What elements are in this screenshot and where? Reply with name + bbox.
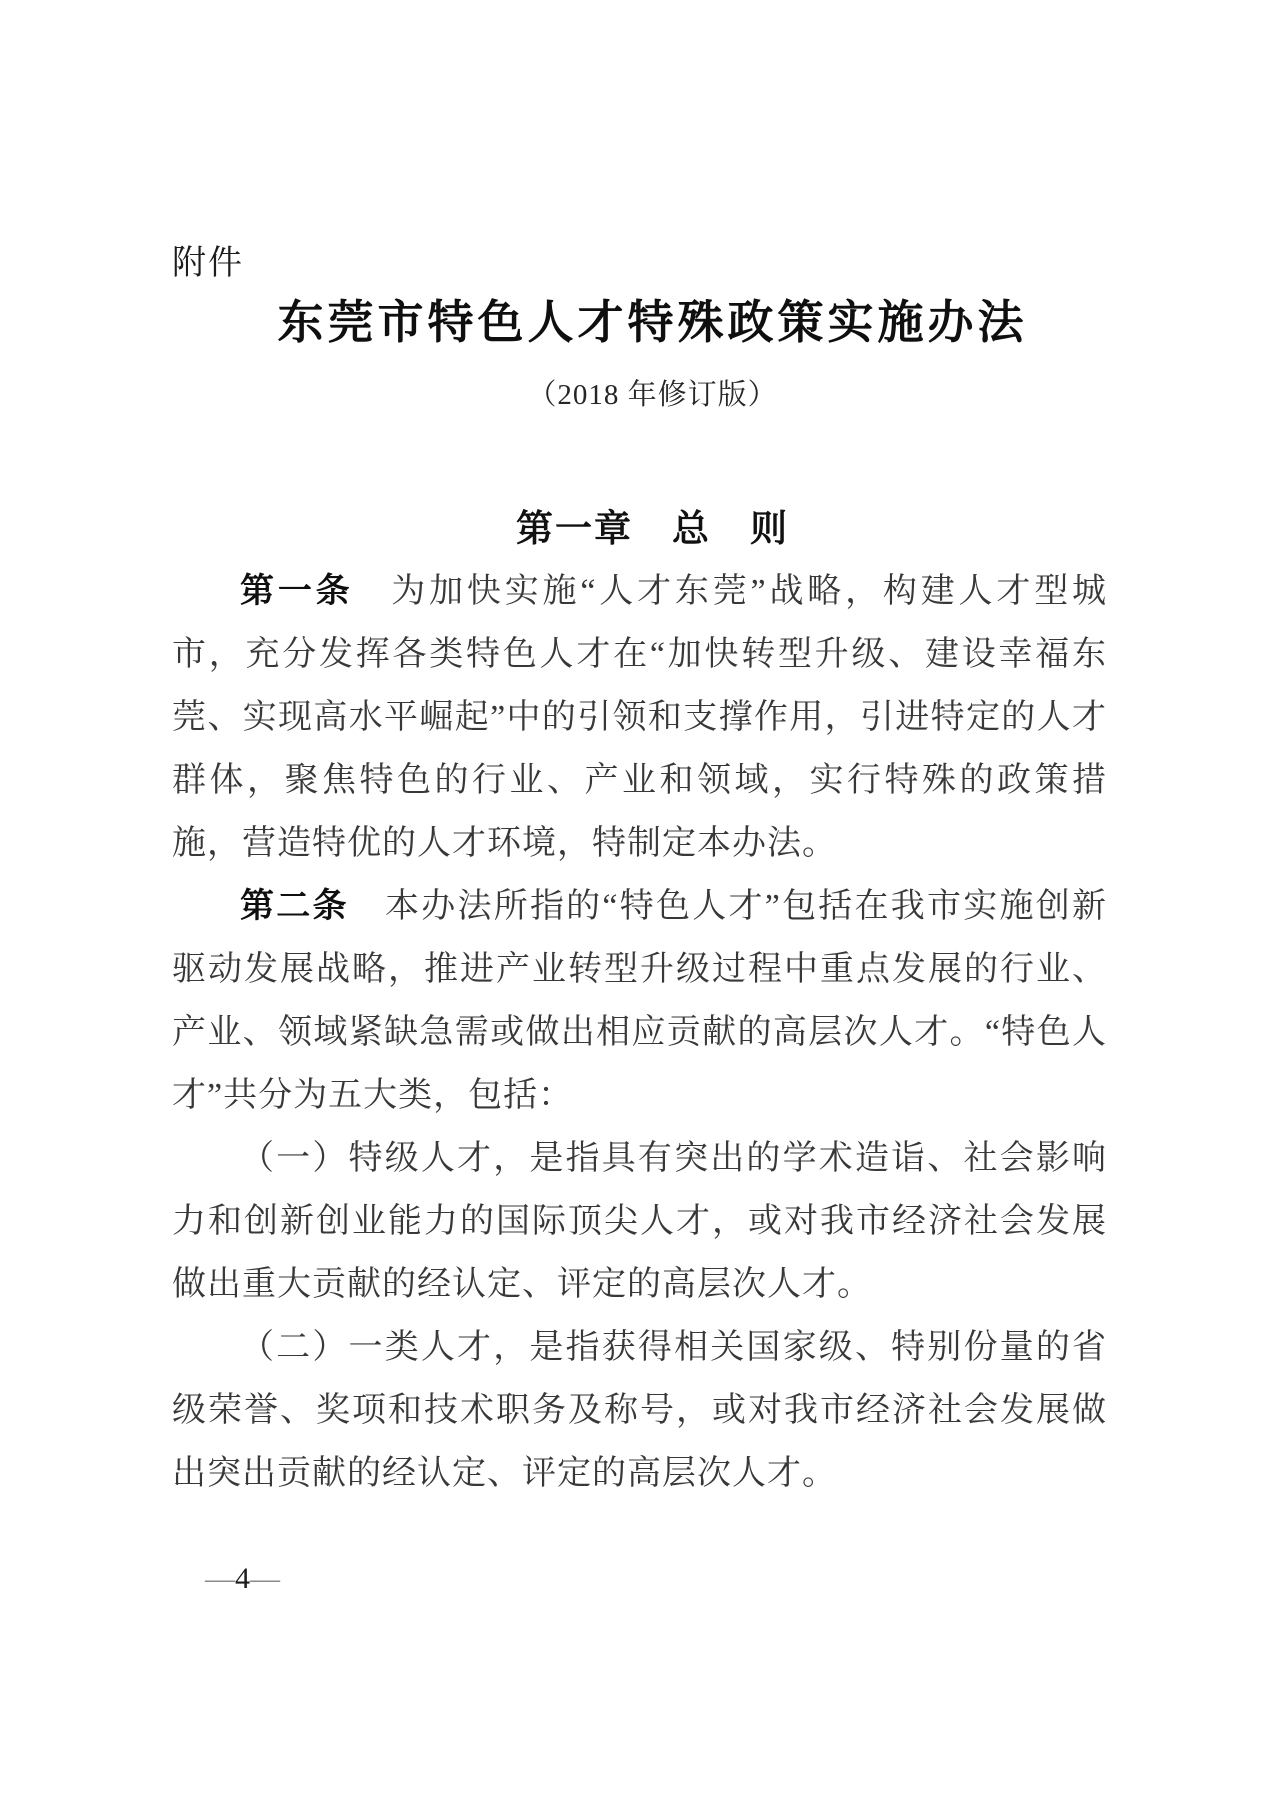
paragraph: （一）特级人才，是指具有突出的学术造诣、社会影响力和创新创业能力的国际顶尖人才，…	[172, 1127, 1107, 1316]
page-number-dash-right: —	[250, 1562, 280, 1595]
page-number-dash-left: —	[205, 1562, 235, 1595]
attachment-label: 附件	[172, 244, 244, 284]
paragraph: （二）一类人才，是指获得相关国家级、特别份量的省级荣誉、奖项和技术职务及称号，或…	[172, 1316, 1107, 1505]
paragraph: 第二条 本办法所指的“特色人才”包括在我市实施创新驱动发展战略，推进产业转型升级…	[172, 875, 1107, 1127]
chapter-heading: 第一章 总 则	[25, 508, 1280, 550]
article-number-label: 第一条	[240, 572, 353, 610]
body-paragraphs: 第一条 为加快实施“人才东莞”战略，构建人才型城市，充分发挥各类特色人才在“加快…	[172, 560, 1107, 1505]
page-number: 4	[235, 1562, 250, 1595]
document-page: 附件 东莞市特色人才特殊政策实施办法 （2018 年修订版） 第一章 总 则 第…	[0, 0, 1280, 1810]
page-footer: —4—	[205, 1561, 280, 1597]
paragraph: 第一条 为加快实施“人才东莞”战略，构建人才型城市，充分发挥各类特色人才在“加快…	[172, 560, 1107, 875]
document-subtitle: （2018 年修订版）	[25, 378, 1280, 412]
document-title: 东莞市特色人才特殊政策实施办法	[25, 297, 1280, 347]
article-number-label: 第二条	[240, 887, 349, 925]
